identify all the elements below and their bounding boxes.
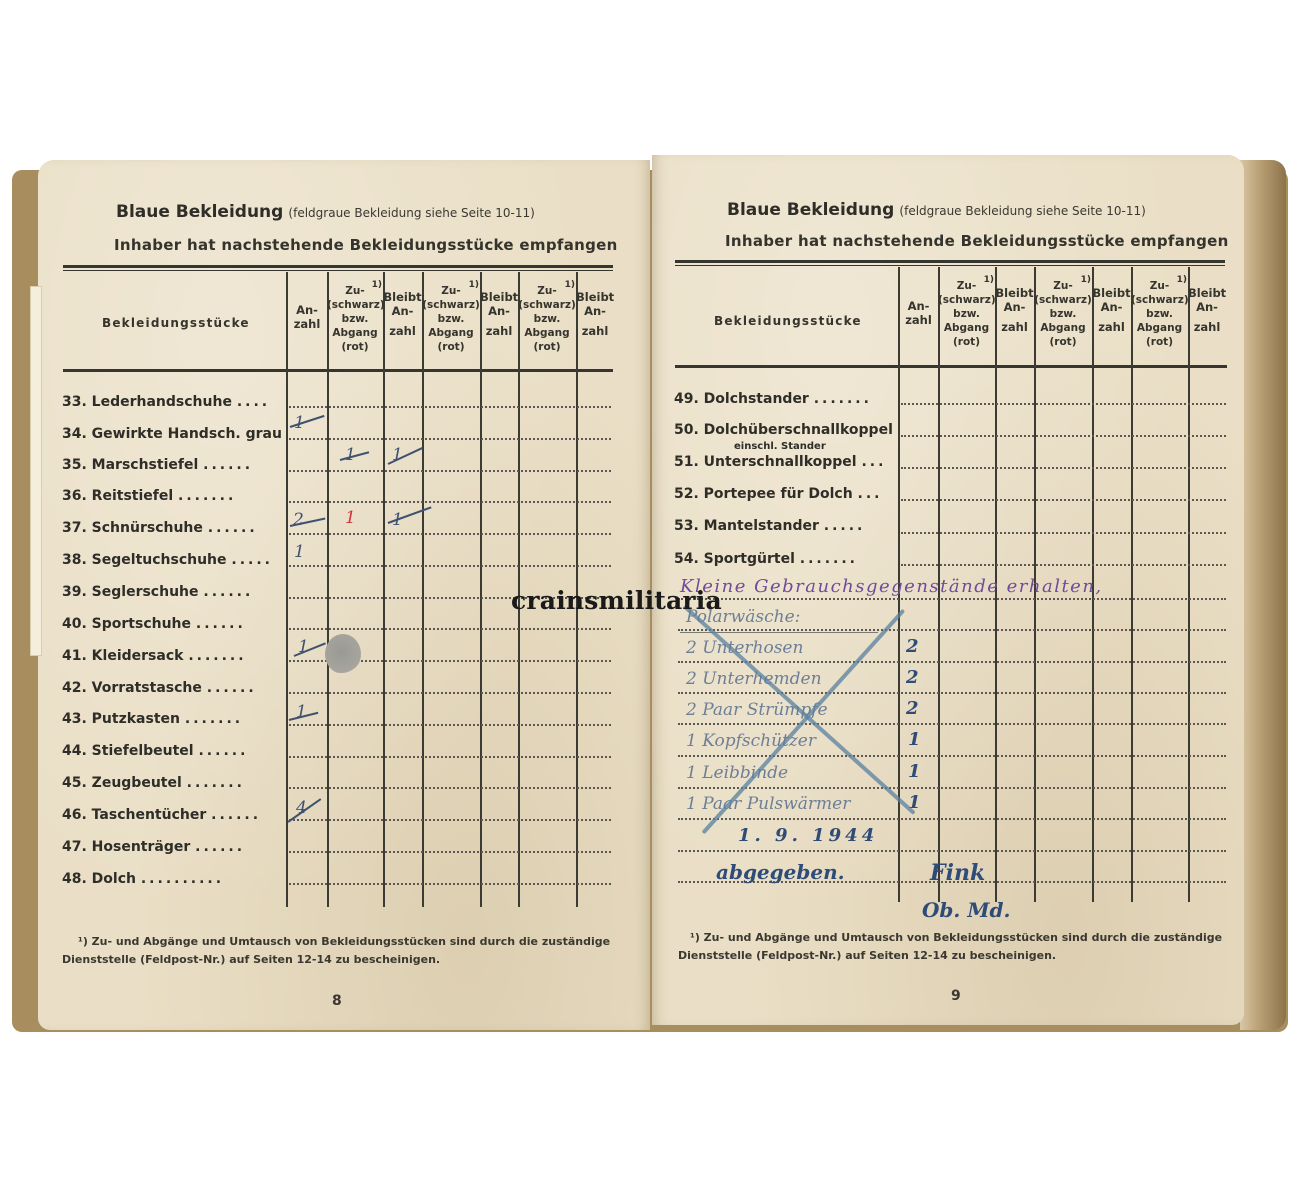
column-header-bleibt-3: BleibtAn-zahl	[576, 290, 614, 338]
list-item: 47. Hosenträger ......	[62, 839, 245, 855]
handwritten-status: abgegeben.	[716, 860, 845, 884]
row-rule	[289, 628, 611, 630]
row-rule	[901, 532, 1226, 534]
table-top-rule	[63, 265, 613, 271]
list-item: 36. Reitstiefel .......	[62, 488, 236, 504]
column-divider	[480, 272, 482, 907]
list-item: 49. Dolchstander .......	[674, 391, 872, 407]
row-rule	[289, 787, 611, 789]
column-header-item: Bekleidungsstücke	[714, 314, 862, 328]
handwritten-zu-37-red: 1	[345, 508, 356, 528]
list-item: 53. Mantelstander .....	[674, 518, 865, 534]
footnote-line-1: ¹) Zu- und Abgänge und Umtausch von Bekl…	[78, 933, 610, 951]
column-header-zu-abgang-1: 1) Zu-(schwarz)bzw.Abgang(rot)	[938, 279, 995, 349]
column-header-item: Bekleidungsstücke	[102, 316, 250, 330]
column-divider	[327, 272, 329, 907]
left-page-title: Blaue Bekleidung (feldgraue Bekleidung s…	[116, 202, 535, 222]
column-header-zu-abgang-3: 1) Zu-(schwarz)bzw.Abgang(rot)	[1131, 279, 1188, 349]
row-rule	[289, 819, 611, 821]
column-header-zu-abgang-2: 1) Zu-(schwarz)bzw.Abgang(rot)	[422, 284, 480, 354]
list-item: 39. Seglerschuhe ......	[62, 584, 253, 600]
row-rule	[678, 598, 1226, 600]
row-rule	[901, 467, 1226, 469]
row-rule	[678, 787, 1226, 789]
list-item: 40. Sportschuhe ......	[62, 616, 246, 632]
row-rule	[901, 564, 1226, 566]
column-header-bleibt-1: BleibtAn-zahl	[383, 290, 422, 338]
list-item: 50. Dolchüberschnallkoppel	[674, 422, 893, 438]
signature: Fink	[930, 860, 985, 886]
row-rule	[678, 850, 1226, 852]
column-header-zu-abgang-1: 1) Zu-(schwarz)bzw.Abgang(rot)	[327, 284, 383, 354]
page-tab-marker	[30, 286, 42, 656]
page-number-left: 8	[332, 993, 342, 1009]
column-header-bleibt-2: BleibtAn-zahl	[1092, 286, 1131, 334]
list-item: 52. Portepee für Dolch ...	[674, 486, 883, 502]
column-divider	[422, 272, 424, 907]
list-item: 45. Zeugbeutel .......	[62, 775, 245, 791]
list-item: 35. Marschstiefel ......	[62, 457, 253, 473]
ink-stain	[325, 634, 361, 674]
handwritten-entry: 2 Unterhosen	[686, 638, 803, 658]
column-divider	[286, 272, 288, 907]
column-header-bleibt-1: BleibtAn-zahl	[995, 286, 1034, 334]
handwritten-anzahl-43: 1	[296, 702, 307, 722]
table-header-rule	[63, 369, 613, 372]
row-rule	[289, 883, 611, 885]
right-page-title: Blaue Bekleidung (feldgraue Bekleidung s…	[727, 200, 1146, 220]
list-item: 41. Kleidersack .......	[62, 648, 247, 664]
table-header-rule	[675, 365, 1227, 368]
handwritten-date: 1. 9. 1944	[738, 825, 878, 846]
book-page-edges	[1240, 160, 1286, 1030]
footnote-line-2: Dienststelle (Feldpost-Nr.) auf Seiten 1…	[62, 951, 440, 969]
list-item: 37. Schnürschuhe ......	[62, 520, 258, 536]
row-rule	[289, 851, 611, 853]
row-rule	[289, 565, 611, 567]
page-number-right: 9	[951, 988, 961, 1004]
column-header-anzahl: An-zahl	[899, 299, 938, 327]
row-rule	[678, 755, 1226, 757]
footnote-line-1: ¹) Zu- und Abgänge und Umtausch von Bekl…	[690, 929, 1222, 947]
row-rule	[678, 818, 1226, 820]
list-item-subtext: einschl. Stander	[734, 441, 826, 452]
watermark: crainsmilitaria	[511, 586, 722, 615]
row-rule	[289, 724, 611, 726]
signature-rank: Ob. Md.	[922, 898, 1010, 922]
column-divider	[383, 272, 385, 907]
handwritten-anzahl-37: 2	[293, 510, 304, 530]
table-top-rule	[675, 260, 1225, 266]
column-divider	[1188, 267, 1190, 902]
list-item: 44. Stiefelbeutel ......	[62, 743, 248, 759]
handwritten-entry: 1 Leibbinde	[686, 763, 788, 783]
handwritten-qty: 2	[906, 667, 919, 688]
handwritten-entry: 1 Paar Pulswärmer	[686, 794, 850, 814]
handwritten-entry: 1 Kopfschützer	[686, 731, 816, 751]
list-item: 42. Vorratstasche ......	[62, 680, 257, 696]
handwritten-anzahl-38: 1	[294, 542, 305, 562]
row-rule	[678, 661, 1226, 663]
row-rule	[289, 533, 611, 535]
row-rule	[901, 435, 1226, 437]
handwritten-qty: 2	[906, 636, 919, 657]
row-rule	[289, 756, 611, 758]
column-header-bleibt-3: BleibtAn-zahl	[1188, 286, 1226, 334]
row-rule	[678, 723, 1226, 725]
row-rule	[289, 406, 611, 408]
row-rule	[289, 470, 611, 472]
row-rule	[678, 629, 1226, 631]
row-rule	[901, 499, 1226, 501]
list-item: 46. Taschentücher ......	[62, 807, 261, 823]
right-page-subtitle: Inhaber hat nachstehende Bekleidungsstüc…	[725, 232, 1229, 250]
list-item: 43. Putzkasten .......	[62, 711, 243, 727]
list-item: 38. Segeltuchschuhe .....	[62, 552, 273, 568]
list-item: 33. Lederhandschuhe ....	[62, 394, 270, 410]
column-header-zu-abgang-2: 1) Zu-(schwarz)bzw.Abgang(rot)	[1034, 279, 1092, 349]
column-header-bleibt-2: BleibtAn-zahl	[480, 290, 518, 338]
list-item: 34. Gewirkte Handsch. grau	[62, 426, 282, 442]
handwritten-qty: 1	[908, 761, 921, 782]
list-item: 51. Unterschnallkoppel ...	[674, 454, 886, 470]
list-item: 48. Dolch ..........	[62, 871, 224, 887]
row-rule	[289, 692, 611, 694]
column-divider	[1131, 267, 1133, 902]
footnote-line-2: Dienststelle (Feldpost-Nr.) auf Seiten 1…	[678, 947, 1056, 965]
handwritten-qty: 2	[906, 698, 919, 719]
list-item: 54. Sportgürtel .......	[674, 551, 858, 567]
column-header-anzahl: An-zahl	[287, 303, 327, 331]
stamp-text: Kleine Gebrauchsgegenstände erhalten,	[680, 576, 1103, 597]
column-header-zu-abgang-3: 1) Zu-(schwarz)bzw.Abgang(rot)	[518, 284, 576, 354]
row-rule	[289, 501, 611, 503]
handwritten-qty: 1	[908, 729, 921, 750]
row-rule	[901, 403, 1226, 405]
row-rule	[289, 438, 611, 440]
left-page-subtitle: Inhaber hat nachstehende Bekleidungsstüc…	[114, 236, 618, 254]
row-rule	[678, 692, 1226, 694]
